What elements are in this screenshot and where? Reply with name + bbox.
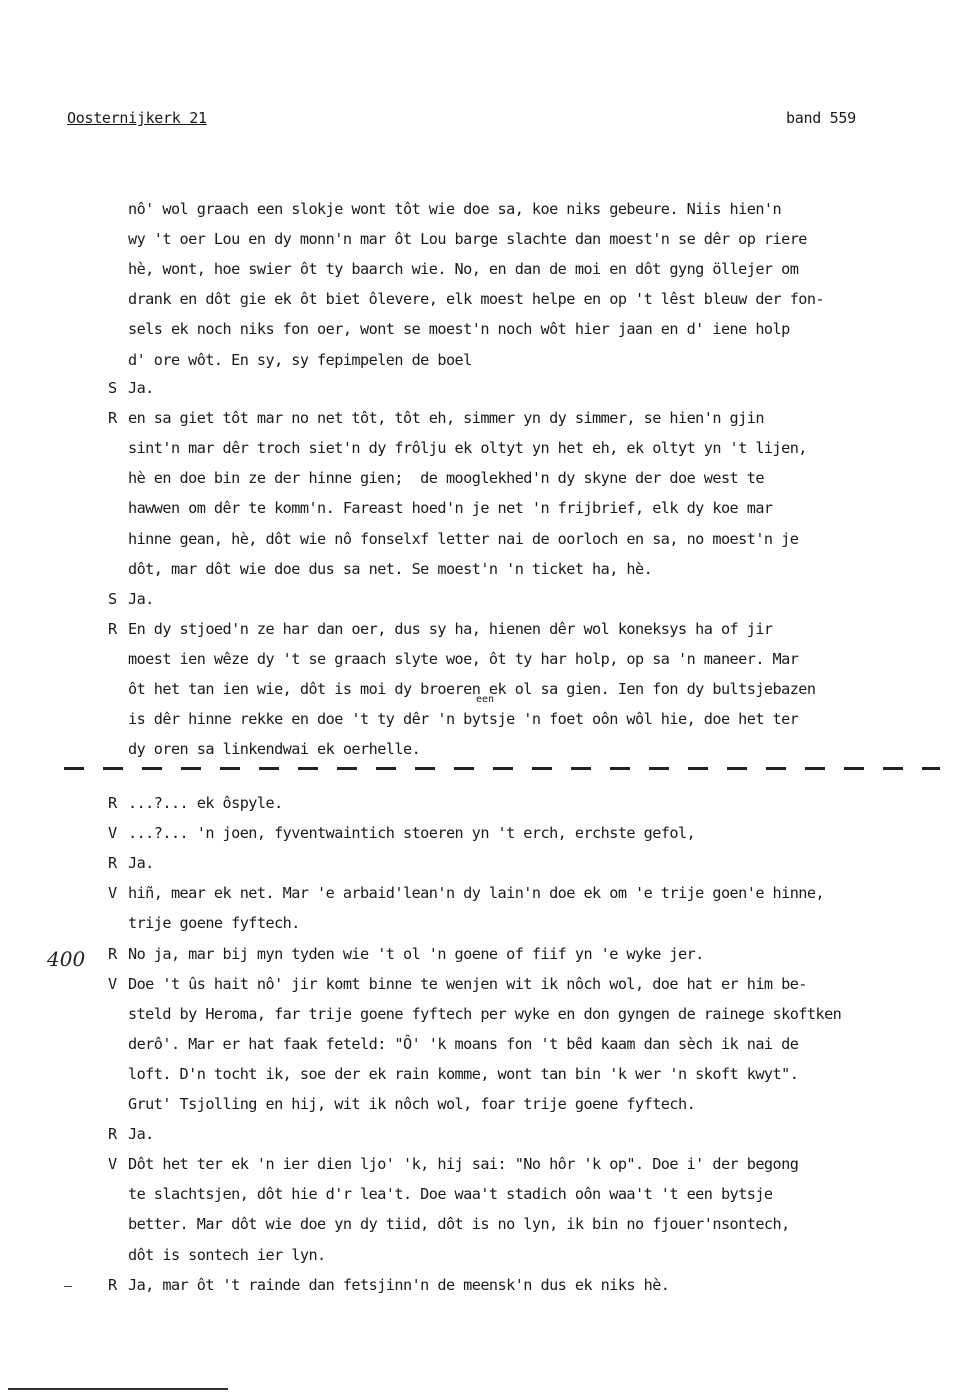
speaker-label: S bbox=[108, 589, 117, 609]
text-line: hè, wont, hoe swier ôt ty baarch wie. No… bbox=[128, 259, 798, 279]
utterance-line: sint'n mar dêr troch siet'n dy frôlju ek… bbox=[128, 438, 807, 458]
utterance-line: Ja. bbox=[128, 589, 154, 609]
speaker-label: R bbox=[108, 1124, 117, 1144]
page-bottom-rule bbox=[8, 1388, 228, 1390]
utterance-line: Dôt het ter ek 'n ier dien ljo' 'k, hij … bbox=[128, 1154, 798, 1174]
utterance-line: dy oren sa linkendwai ek oerhelle. bbox=[128, 739, 420, 759]
utterance-line: En dy stjoed'n ze har dan oer, dus sy ha… bbox=[128, 619, 773, 639]
utterance-line: dôt is sontech ier lyn. bbox=[128, 1245, 326, 1265]
utterance-line: ...?... ek ôspyle. bbox=[128, 793, 283, 813]
utterance-line: Ja. bbox=[128, 378, 154, 398]
speaker-label: V bbox=[108, 1154, 117, 1174]
speaker-label: R bbox=[108, 1275, 117, 1295]
utterance-line: trije goene fyftech. bbox=[128, 913, 300, 933]
utterance-line: Doe 't ûs hait nô' jir komt binne te wen… bbox=[128, 974, 807, 994]
utterance-line: Ja. bbox=[128, 1124, 154, 1144]
speaker-label: S bbox=[108, 378, 117, 398]
speaker-label: R bbox=[108, 853, 117, 873]
utterance-line: hè en doe bin ze der hinne gien; de moog… bbox=[128, 468, 764, 488]
speaker-label: R bbox=[108, 408, 117, 428]
speaker-label: V bbox=[108, 883, 117, 903]
handwritten-correction: een bbox=[476, 694, 494, 705]
text-line: wy 't oer Lou en dy monn'n mar ôt Lou ba… bbox=[128, 229, 807, 249]
text-line: nô' wol graach een slokje wont tôt wie d… bbox=[128, 199, 781, 219]
speaker-label: V bbox=[108, 823, 117, 843]
utterance-line: Grut' Tsjolling en hij, wit ik nôch wol,… bbox=[128, 1094, 695, 1114]
speaker-label: R bbox=[108, 619, 117, 639]
text-line: drank en dôt gie ek ôt biet ôlevere, elk… bbox=[128, 289, 824, 309]
utterance-line: dôt, mar dôt wie doe dus sa net. Se moes… bbox=[128, 559, 652, 579]
utterance-line: hawwen om dêr te komm'n. Fareast hoed'n … bbox=[128, 498, 773, 518]
utterance-line: is dêr hinne rekke en doe 't ty dêr 'n b… bbox=[128, 709, 798, 729]
speaker-label: R bbox=[108, 793, 117, 813]
utterance-line: moest ien wêze dy 't se graach slyte woe… bbox=[128, 649, 798, 669]
utterance-line: hinne gean, hè, dôt wie nô fonselxf lett… bbox=[128, 529, 798, 549]
speaker-label: V bbox=[108, 974, 117, 994]
margin-annotation: 400 bbox=[47, 947, 85, 971]
transcript-page: Oosternijkerk 21 band 559 400 nô' wol gr… bbox=[0, 0, 979, 1393]
utterance-line: Ja, mar ôt 't rainde dan fetsjinn'n de m… bbox=[128, 1275, 669, 1295]
utterance-line: better. Mar dôt wie doe yn dy tiid, dôt … bbox=[128, 1214, 790, 1234]
margin-tick bbox=[64, 1286, 72, 1287]
section-divider bbox=[64, 767, 940, 770]
utterance-line: hiñ, mear ek net. Mar 'e arbaid'lean'n d… bbox=[128, 883, 824, 903]
utterance-line: ôt het tan ien wie, dôt is moi dy broere… bbox=[128, 679, 816, 699]
utterance-line: ...?... 'n joen, fyventwaintich stoeren … bbox=[128, 823, 695, 843]
band-number: band 559 bbox=[786, 109, 856, 127]
document-title: Oosternijkerk 21 bbox=[67, 109, 207, 127]
text-line: sels ek noch niks fon oer, wont se moest… bbox=[128, 319, 790, 339]
utterance-line: te slachtsjen, dôt hie d'r lea't. Doe wa… bbox=[128, 1184, 773, 1204]
utterance-line: steld by Heroma, far trije goene fyftech… bbox=[128, 1004, 841, 1024]
utterance-line: No ja, mar bij myn tyden wie 't ol 'n go… bbox=[128, 944, 704, 964]
speaker-label: R bbox=[108, 944, 117, 964]
utterance-line: derô'. Mar er hat faak feteld: "Ô' 'k mo… bbox=[128, 1034, 798, 1054]
utterance-line: Ja. bbox=[128, 853, 154, 873]
text-line: d' ore wôt. En sy, sy fepimpelen de boel bbox=[128, 350, 472, 370]
utterance-line: loft. D'n tocht ik, soe der ek rain komm… bbox=[128, 1064, 798, 1084]
utterance-line: en sa giet tôt mar no net tôt, tôt eh, s… bbox=[128, 408, 764, 428]
